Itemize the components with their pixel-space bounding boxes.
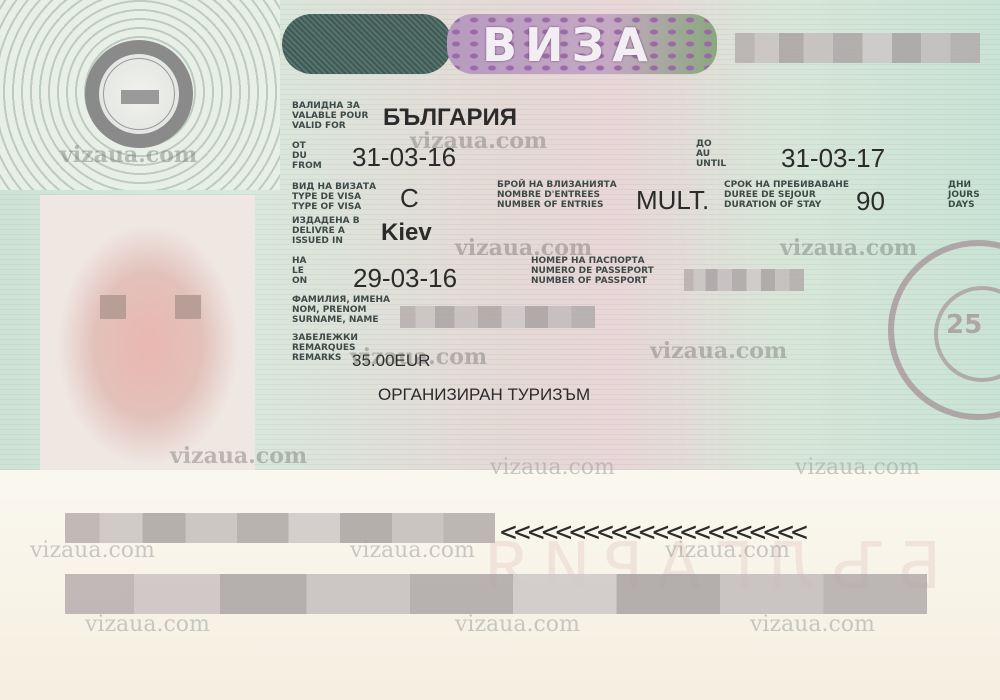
redacted-sticker-number: [735, 33, 980, 63]
label-type-of-visa: ВИД НА ВИЗАТАTYPE DE VISATYPE OF VISA: [292, 182, 376, 212]
value-type-of-visa: C: [400, 183, 419, 214]
watermark: vizaua.com: [795, 455, 920, 480]
watermark: vizaua.com: [85, 612, 210, 637]
watermark: vizaua.com: [30, 538, 155, 563]
label-days: ДНИJOURSDAYS: [948, 180, 980, 210]
watermark: vizaua.com: [455, 612, 580, 637]
watermark: vizaua.com: [490, 455, 615, 480]
label-surname-name: ФАМИЛИЯ, ИМЕНАNOM, PRENOMSURNAME, NAME: [292, 295, 390, 325]
value-until: 31-03-17: [781, 143, 885, 174]
redacted-passport-number: [684, 269, 804, 291]
watermark: vizaua.com: [410, 128, 547, 154]
label-remarks: ЗАБЕЛЕЖКИREMARQUESREMARKS: [292, 333, 358, 363]
watermark: vizaua.com: [750, 612, 875, 637]
value-issued-in: Kiev: [381, 219, 432, 247]
redacted-surname-name: [400, 306, 595, 328]
watermark: vizaua.com: [350, 538, 475, 563]
label-from: ОТDUFROM: [292, 141, 322, 171]
watermark: vizaua.com: [170, 443, 307, 469]
watermark: vizaua.com: [455, 235, 592, 261]
banner-word: ВИЗА: [482, 18, 656, 72]
globe-emblem-icon: [85, 40, 193, 148]
photo-pixel-block: [100, 295, 126, 319]
passport-page: ВИЗА ВАЛИДНА ЗАVALABLE POURVALID FOR БЪЛ…: [0, 0, 1000, 700]
watermark: vizaua.com: [650, 338, 787, 364]
redacted-mrz-line-2: [65, 574, 927, 614]
banner-dark-pattern: [282, 14, 452, 74]
visa-banner: ВИЗА: [282, 6, 722, 84]
holder-photo-redacted: [40, 195, 255, 470]
watermark: vizaua.com: [350, 344, 487, 370]
value-on: 29-03-16: [353, 263, 457, 294]
label-duration-of-stay: СРОК НА ПРЕБИВАВАНЕDUREE DE SEJOURDURATI…: [724, 180, 849, 210]
value-duration-of-stay: 90: [856, 186, 885, 217]
label-until: ДОAUUNTIL: [696, 139, 726, 169]
watermark: vizaua.com: [60, 142, 197, 168]
label-number-of-entries: БРОЙ НА ВЛИЗАНИЯТАNOMBRE D'ENTREESNUMBER…: [497, 180, 617, 210]
label-issued-in: ИЗДАДЕНА ВDELIVRE AISSUED IN: [292, 216, 360, 246]
watermark: vizaua.com: [780, 235, 917, 261]
label-valid-for: ВАЛИДНА ЗАVALABLE POURVALID FOR: [292, 101, 368, 131]
watermark: vizaua.com: [665, 538, 790, 563]
value-remarks-purpose: ОРГАНИЗИРАН ТУРИЗЪМ: [378, 385, 590, 405]
value-number-of-entries: MULT.: [636, 185, 709, 216]
photo-pixel-block: [175, 295, 201, 319]
label-on: НАLEON: [292, 256, 307, 286]
